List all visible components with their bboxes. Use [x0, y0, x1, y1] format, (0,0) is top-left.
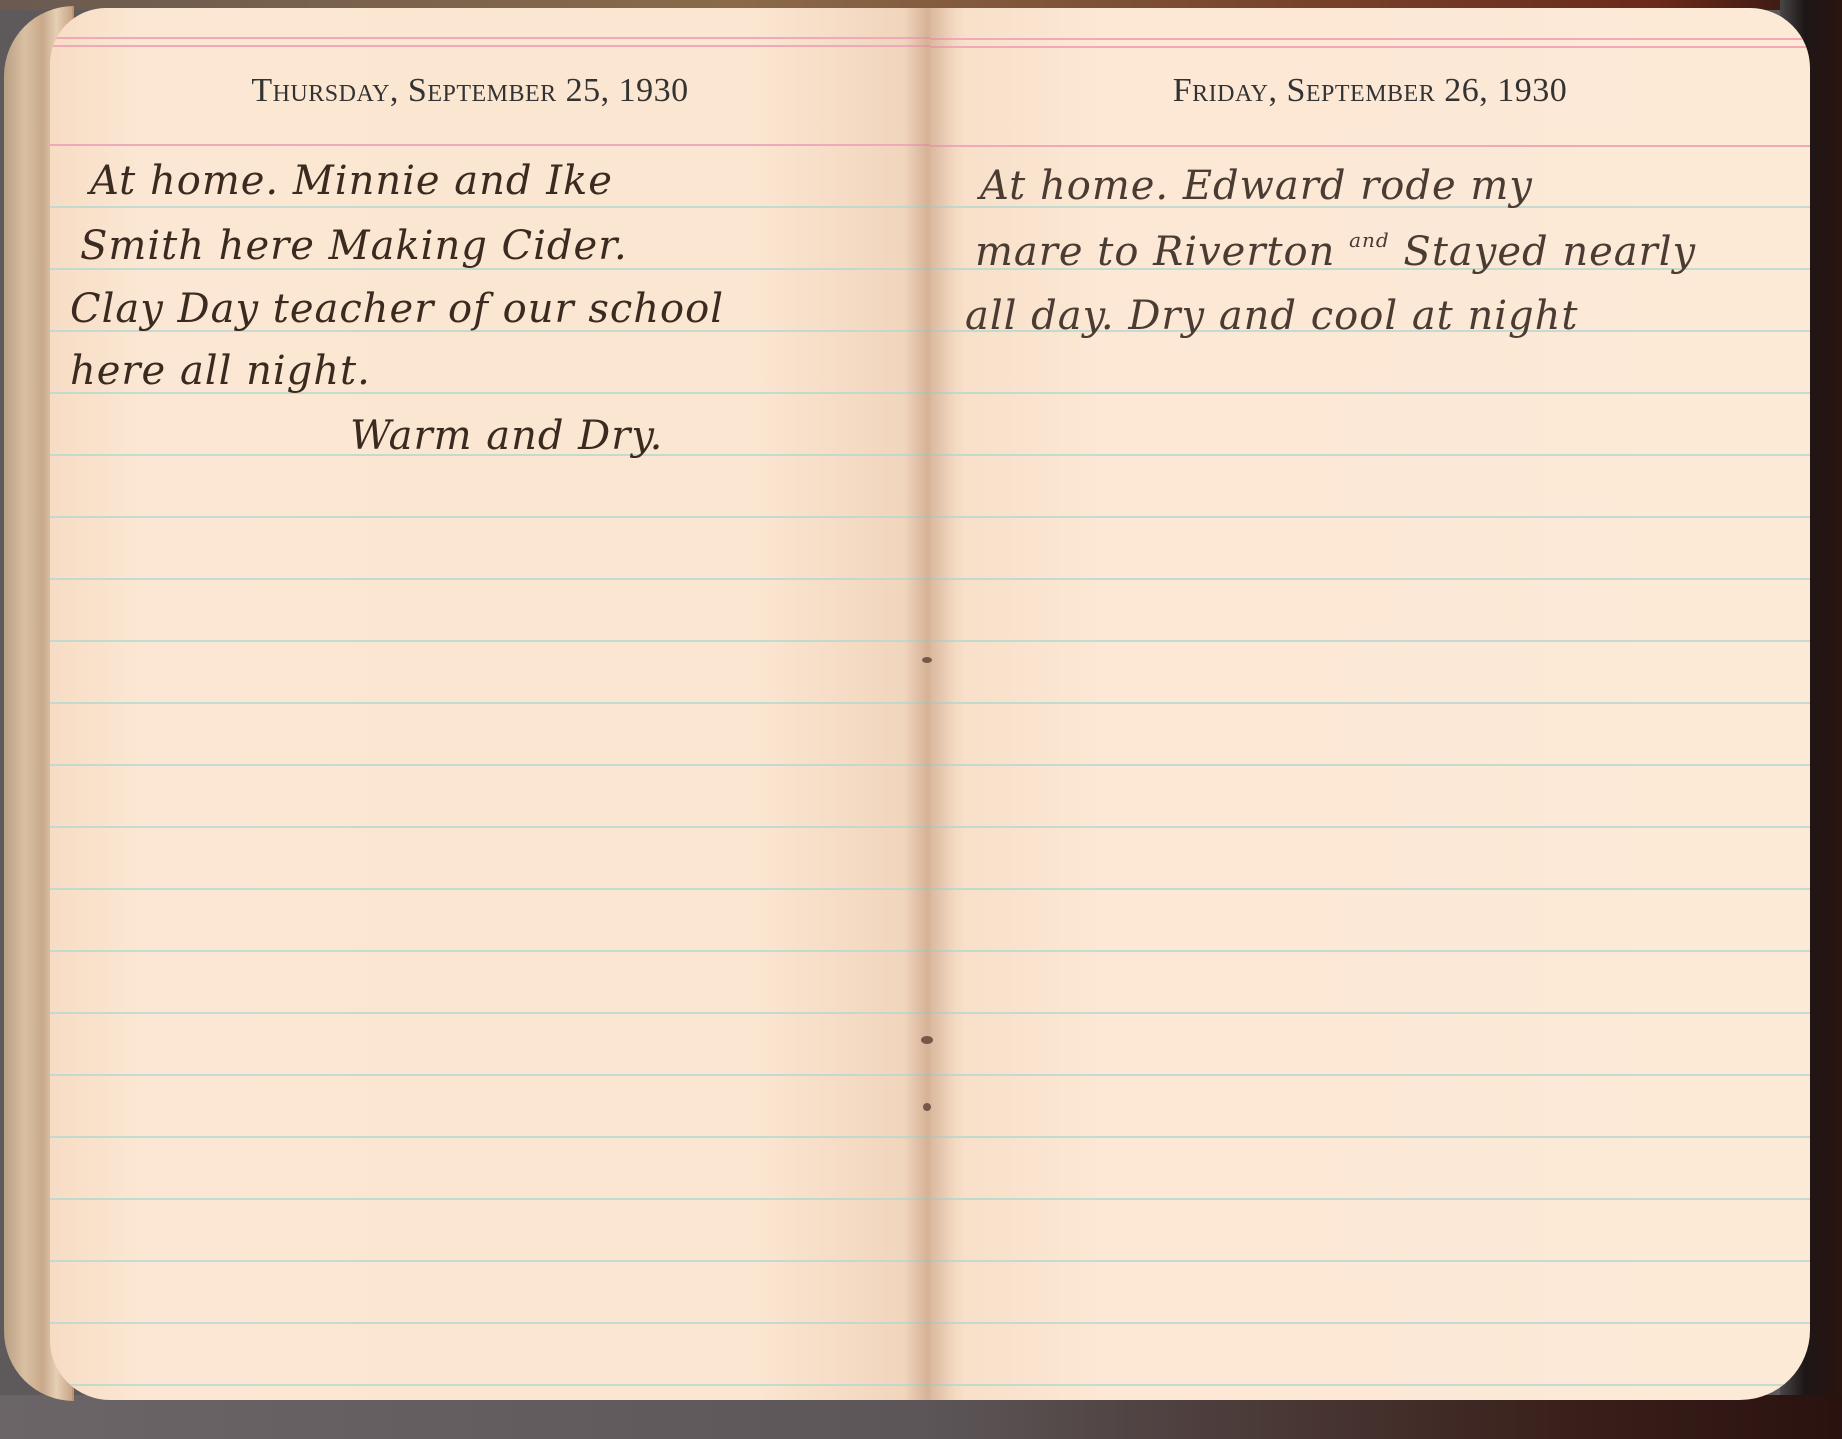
entry-line-1: At home. Edward rode my	[980, 163, 1533, 209]
ruled-line	[930, 888, 1810, 890]
ruled-line	[50, 640, 930, 642]
entry-line-5: Warm and Dry.	[350, 413, 663, 459]
ruled-line	[50, 950, 930, 952]
spine-stitch-mark	[923, 1103, 931, 1111]
header-rule-bottom	[50, 144, 930, 146]
ruled-line	[930, 1012, 1810, 1014]
ruled-line	[50, 702, 930, 704]
ruled-line	[50, 1260, 930, 1262]
spine-stitch-mark	[922, 657, 932, 663]
ruled-line	[930, 702, 1810, 704]
entry-line-1: At home. Minnie and Ike	[90, 158, 613, 204]
ruled-line	[930, 826, 1810, 828]
header-rule-bottom	[930, 145, 1810, 147]
ruled-line	[50, 1136, 930, 1138]
header-rule-double	[930, 46, 1810, 48]
ruled-line	[930, 516, 1810, 518]
ruled-line	[930, 1136, 1810, 1138]
ruled-line	[50, 1198, 930, 1200]
ruled-line	[50, 578, 930, 580]
spine-stitch-mark	[921, 1036, 933, 1044]
entry-text: Stayed nearly	[1403, 229, 1696, 275]
ruled-line	[50, 516, 930, 518]
page-date-heading: Thursday, September 25, 1930	[50, 72, 930, 110]
ruled-line	[50, 1384, 930, 1386]
page-date-heading: Friday, September 26, 1930	[930, 72, 1810, 110]
header-rule-double	[50, 45, 930, 47]
ruled-line	[50, 1012, 930, 1014]
entry-text: mare to Riverton	[975, 229, 1335, 275]
ruled-line	[50, 206, 930, 208]
diary-page-left: Thursday, September 25, 1930 At home. Mi…	[50, 8, 930, 1400]
ruled-line	[930, 1260, 1810, 1262]
ruled-line	[50, 764, 930, 766]
ruled-line	[930, 454, 1810, 456]
entry-line-2: mare to Riverton and Stayed nearly	[975, 228, 1696, 275]
entry-line-4: here all night.	[70, 348, 371, 394]
ruled-line	[930, 950, 1810, 952]
diary-page-right: Friday, September 26, 1930 At home. Edwa…	[930, 8, 1810, 1400]
ruled-line	[930, 764, 1810, 766]
ruled-line	[50, 1322, 930, 1324]
entry-line-3: Clay Day teacher of our school	[70, 286, 724, 332]
entry-superscript: and	[1349, 228, 1390, 252]
ruled-line	[930, 1384, 1810, 1386]
ruled-line	[50, 1074, 930, 1076]
ruled-line	[50, 888, 930, 890]
ruled-line	[930, 640, 1810, 642]
ruled-line	[930, 1322, 1810, 1324]
ruled-line	[930, 1198, 1810, 1200]
ruled-line	[50, 826, 930, 828]
ruled-line	[930, 1074, 1810, 1076]
header-rule-top	[50, 37, 930, 39]
ruled-line	[930, 392, 1810, 394]
entry-line-3: all day. Dry and cool at night	[965, 293, 1578, 339]
background-bottom-surface	[0, 1395, 1842, 1439]
entry-line-2: Smith here Making Cider.	[80, 223, 628, 269]
header-rule-top	[930, 38, 1810, 40]
ruled-line	[930, 578, 1810, 580]
